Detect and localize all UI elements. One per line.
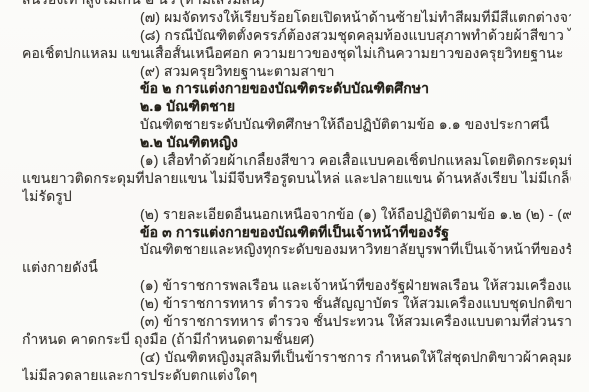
doc-line-12: ไม่รัดรูป [22, 188, 571, 206]
doc-line-16: แต่งกายดังนี้ [22, 259, 571, 277]
doc-line-3: (๘) กรณีบัณฑิตตั้งครรภ์ต้องสวมชุดคลุมท้อ… [22, 27, 571, 45]
doc-line-8: บัณฑิตชายระดับบัณฑิตศึกษาให้ถือปฏิบัติตา… [22, 116, 571, 134]
doc-line-7: ๒.๑ บัณฑิตชาย [22, 98, 571, 116]
scanned-document-page: ส้นรองเท้าสูงไม่เกิน ๒ นิ้ว (ห้ามเสริมส้… [0, 0, 589, 392]
doc-line-20: กำหนด คาดกระบี่ ถุงมือ (ถ้ามีกำหนดตามชั้… [22, 331, 571, 349]
doc-line-13: (๒) รายละเอียดอื่นนอกเหนือจากข้อ (๑) ให้… [22, 206, 571, 224]
doc-line-9: ๒.๒ บัณฑิตหญิง [22, 134, 571, 152]
doc-line-18: (๒) ข้าราชการทหาร ตำรวจ ชั้นสัญญาบัตร ให… [22, 295, 571, 313]
document-body: ส้นรองเท้าสูงไม่เกิน ๒ นิ้ว (ห้ามเสริมส้… [22, 0, 571, 385]
doc-line-17: (๑) ข้าราชการพลเรือน และเจ้าหน้าที่ของรั… [22, 277, 571, 295]
doc-line-14: ข้อ ๓ การแต่งกายของบัณฑิตที่เป็นเจ้าหน้า… [22, 224, 571, 242]
doc-line-11: แขนยาวติดกระดุมที่ปลายแขน ไม่มีจีบหรือรู… [22, 170, 571, 188]
doc-line-15: บัณฑิตชายและหญิงทุกระดับของมหาวิทยาลัยบู… [22, 241, 571, 259]
doc-line-4: คอเชิ้ตปกแหลม แขนเสื้อสั้นเหนือศอก ความย… [22, 45, 571, 63]
doc-line-2: (๗) ผมจัดทรงให้เรียบร้อยโดยเปิดหน้าด้านซ… [22, 9, 571, 27]
doc-line-21: (๔) บัณฑิตหญิงมุสลิมที่เป็นข้าราชการ กำห… [22, 349, 571, 367]
doc-line-19: (๓) ข้าราชการทหาร ตำรวจ ชั้นประทวน ให้สว… [22, 313, 571, 331]
doc-line-1: ส้นรองเท้าสูงไม่เกิน ๒ นิ้ว (ห้ามเสริมส้… [22, 0, 571, 9]
doc-line-10: (๑) เสื้อทำด้วยผ้าเกลี้ยงสีขาว คอเสื้อแบ… [22, 152, 571, 170]
doc-line-5: (๙) สวมครุยวิทยฐานะตามสาขา [22, 63, 571, 81]
doc-line-22: ไม่มีลวดลายและการประดับตกแต่งใดๆ [22, 367, 571, 385]
doc-line-6: ข้อ ๒ การแต่งกายของบัณฑิตระดับบัณฑิตศึกษ… [22, 80, 571, 98]
